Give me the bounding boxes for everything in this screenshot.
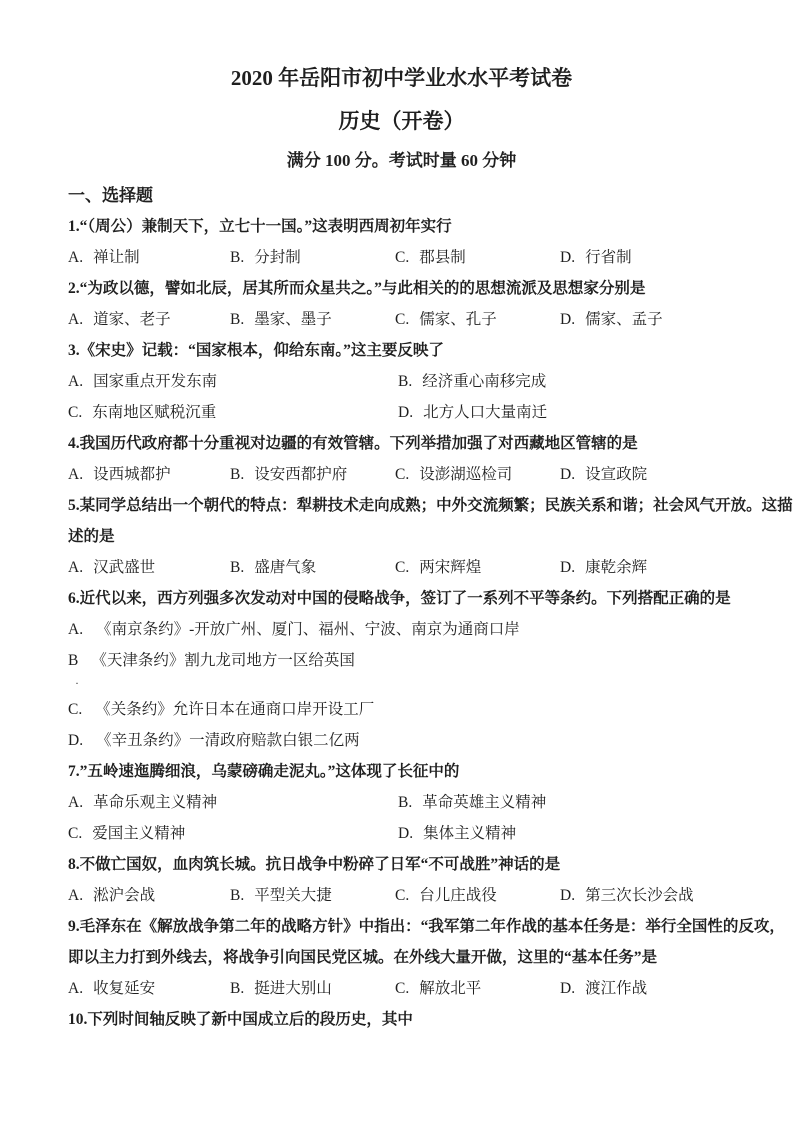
option-text: 集体主义精神 [423, 818, 516, 849]
question-5-option-D: D.康乾余辉 [560, 552, 735, 583]
option-text: 道家、老子 [93, 304, 171, 335]
option-text: 挺进大别山 [254, 973, 332, 1004]
option-text: 《关条约》允许日本在通商口岸开设工厂 [95, 694, 374, 725]
question-2-option-C: C.儒家、孔子 [395, 304, 560, 335]
option-label: B. [230, 880, 244, 911]
option-text: 解放北平 [419, 973, 481, 1004]
question-8-stem-line-1: 8.不做亡国奴，血肉筑长城。抗日战争中粉碎了日军“不可战胜”神话的是 [68, 849, 735, 880]
option-text: 行省制 [585, 242, 632, 273]
question-6: 6.近代以来，西方列强多次发动对中国的侵略战争，签订了一系列不平等条约。下列搭配… [68, 583, 735, 756]
option-label: D. [560, 304, 575, 335]
option-label: B. [230, 552, 244, 583]
question-4-stem-line-1: 4.我国历代政府都十分重视对边疆的有效管辖。下列举措加强了对西藏地区管辖的是 [68, 428, 735, 459]
question-7-option-B: B.革命英雄主义精神 [398, 787, 735, 818]
stray-mark: · [68, 676, 735, 694]
question-5-option-C: C.两宋辉煌 [395, 552, 560, 583]
page-subtitle: 历史（开卷） [68, 106, 735, 136]
option-text: 两宋辉煌 [419, 552, 481, 583]
option-label: D. [560, 880, 575, 911]
option-text: 盛唐气象 [254, 552, 316, 583]
question-1-stem-line-1: 1.“（周公）兼制天下，立七十一国。”这表明西周初年实行 [68, 211, 735, 242]
question-8-options: A.淞沪会战B.平型关大捷C.台儿庄战役D.第三次长沙会战 [68, 880, 735, 911]
option-label: A. [68, 459, 83, 490]
exam-info: 满分 100 分。考试时量 60 分钟 [68, 148, 735, 174]
option-label: C. [395, 552, 409, 583]
option-text: 爱国主义精神 [92, 818, 185, 849]
option-label: C. [395, 304, 409, 335]
question-2-option-B: B.墨家、墨子 [230, 304, 395, 335]
option-label: A. [68, 614, 83, 645]
option-text: 收复延安 [93, 973, 155, 1004]
option-label: A. [68, 304, 83, 335]
option-label: D. [68, 725, 83, 756]
question-7-option-D: D.集体主义精神 [398, 818, 735, 849]
option-text: 《南京条约》-开放广州、厦门、福州、宁波、南京为通商口岸 [96, 614, 520, 645]
question-1-option-A: A.禅让制 [68, 242, 230, 273]
question-1-option-C: C.郡县制 [395, 242, 560, 273]
question-4-option-C: C.设澎湖巡检司 [395, 459, 560, 490]
option-label: A. [68, 973, 83, 1004]
question-5: 5.某同学总结出一个朝代的特点：犁耕技术走向成熟；中外交流频繁；民族关系和谐；社… [68, 490, 735, 583]
option-label: B [68, 645, 78, 676]
option-text: 设澎湖巡检司 [419, 459, 512, 490]
option-text: 革命乐观主义精神 [93, 787, 217, 818]
exam-document-page: 2020 年岳阳市初中学业水水平考试卷 历史（开卷） 满分 100 分。考试时量… [0, 0, 793, 1122]
question-9-stem-line-2: 即以主力打到外线去，将战争引向国民党区城。在外线大量开做，这里的“基本任务”是 [68, 942, 735, 973]
option-text: 《天津条约》割九龙司地方一区给英国 [91, 645, 355, 676]
option-text: 渡江作战 [585, 973, 647, 1004]
question-9-stem-line-1: 9.毛泽东在《解放战争第二年的战略方针》中指出：“我军第二年作战的基本任务是：举… [68, 911, 735, 942]
option-label: B. [230, 973, 244, 1004]
question-7-options: A.革命乐观主义精神B.革命英雄主义精神C.爱国主义精神D.集体主义精神 [68, 787, 735, 849]
option-text: 汉武盛世 [93, 552, 155, 583]
option-text: 淞沪会战 [93, 880, 155, 911]
question-4: 4.我国历代政府都十分重视对边疆的有效管辖。下列举措加强了对西藏地区管辖的是A.… [68, 428, 735, 490]
question-1-options: A.禅让制B.分封制C.郡县制D.行省制 [68, 242, 735, 273]
question-8: 8.不做亡国奴，血肉筑长城。抗日战争中粉碎了日军“不可战胜”神话的是A.淞沪会战… [68, 849, 735, 911]
option-label: B. [398, 787, 412, 818]
option-text: 平型关大捷 [254, 880, 332, 911]
option-label: C. [68, 818, 82, 849]
question-1: 1.“（周公）兼制天下，立七十一国。”这表明西周初年实行A.禅让制B.分封制C.… [68, 211, 735, 273]
question-3-option-C: C.东南地区赋税沉重 [68, 397, 398, 428]
question-6-option-B: B《天津条约》割九龙司地方一区给英国 [68, 645, 735, 676]
question-4-option-A: A.设西城都护 [68, 459, 230, 490]
question-9-option-B: B.挺进大别山 [230, 973, 395, 1004]
option-text: 台儿庄战役 [419, 880, 497, 911]
option-text: 设安西都护府 [254, 459, 347, 490]
question-10-stem-line-1: 10.下列时间轴反映了新中国成立后的段历史，其中 [68, 1004, 735, 1035]
question-2-option-D: D.儒家、孟子 [560, 304, 735, 335]
option-label: A. [68, 880, 83, 911]
option-label: D. [560, 459, 575, 490]
question-5-option-A: A.汉武盛世 [68, 552, 230, 583]
questions-list: 1.“（周公）兼制天下，立七十一国。”这表明西周初年实行A.禅让制B.分封制C.… [68, 211, 735, 1035]
question-7-option-C: C.爱国主义精神 [68, 818, 398, 849]
question-9-option-A: A.收复延安 [68, 973, 230, 1004]
option-label: C. [68, 694, 82, 725]
question-4-option-D: D.设宣政院 [560, 459, 735, 490]
section-heading: 一、选择题 [68, 183, 735, 209]
option-label: D. [398, 818, 413, 849]
question-1-option-D: D.行省制 [560, 242, 735, 273]
option-text: 革命英雄主义精神 [422, 787, 546, 818]
option-label: D. [560, 973, 575, 1004]
question-2: 2.“为政以德，譬如北辰，居其所而众星共之。”与此相关的的思想流派及思想家分别是… [68, 273, 735, 335]
question-6-options: A.《南京条约》-开放广州、厦门、福州、宁波、南京为通商口岸B《天津条约》割九龙… [68, 614, 735, 756]
question-1-option-B: B.分封制 [230, 242, 395, 273]
option-label: C. [395, 459, 409, 490]
question-7: 7.”五岭速迤腾细浪，乌蒙磅确走泥丸。”这体现了长征中的A.革命乐观主义精神B.… [68, 756, 735, 849]
option-text: 儒家、孟子 [585, 304, 663, 335]
question-3-stem-line-1: 3.《宋史》记载：“国家根本，仰给东南。”这主要反映了 [68, 335, 735, 366]
option-label: B. [230, 459, 244, 490]
question-3: 3.《宋史》记载：“国家根本，仰给东南。”这主要反映了A.国家重点开发东南B.经… [68, 335, 735, 428]
option-label: C. [395, 880, 409, 911]
question-6-option-D: D.《辛丑条约》一清政府赔款白银二亿两 [68, 725, 735, 756]
question-5-option-B: B.盛唐气象 [230, 552, 395, 583]
question-6-option-C: C.《关条约》允许日本在通商口岸开设工厂 [68, 694, 735, 725]
question-8-option-C: C.台儿庄战役 [395, 880, 560, 911]
option-text: 郡县制 [419, 242, 466, 273]
question-7-option-A: A.革命乐观主义精神 [68, 787, 398, 818]
option-label: D. [560, 242, 575, 273]
page-title: 2020 年岳阳市初中学业水水平考试卷 [68, 62, 735, 94]
question-10: 10.下列时间轴反映了新中国成立后的段历史，其中 [68, 1004, 735, 1035]
option-text: 设宣政院 [585, 459, 647, 490]
question-9: 9.毛泽东在《解放战争第二年的战略方针》中指出：“我军第二年作战的基本任务是：举… [68, 911, 735, 1004]
option-label: A. [68, 787, 83, 818]
option-label: D. [560, 552, 575, 583]
question-2-options: A.道家、老子B.墨家、墨子C.儒家、孔子D.儒家、孟子 [68, 304, 735, 335]
option-text: 《辛丑条约》一清政府赔款白银二亿两 [96, 725, 360, 756]
question-3-options: A.国家重点开发东南B.经济重心南移完成C.东南地区赋税沉重D.北方人口大量南迁 [68, 366, 735, 428]
question-4-option-B: B.设安西都护府 [230, 459, 395, 490]
question-8-option-A: A.淞沪会战 [68, 880, 230, 911]
question-5-options: A.汉武盛世B.盛唐气象C.两宋辉煌D.康乾余辉 [68, 552, 735, 583]
question-9-option-D: D.渡江作战 [560, 973, 735, 1004]
option-label: B. [230, 242, 244, 273]
option-text: 经济重心南移完成 [422, 366, 546, 397]
option-text: 国家重点开发东南 [93, 366, 217, 397]
option-text: 墨家、墨子 [254, 304, 332, 335]
question-3-option-B: B.经济重心南移完成 [398, 366, 735, 397]
option-label: B. [398, 366, 412, 397]
question-6-option-A: A.《南京条约》-开放广州、厦门、福州、宁波、南京为通商口岸 [68, 614, 735, 645]
option-text: 设西城都护 [93, 459, 171, 490]
option-text: 北方人口大量南迁 [423, 397, 547, 428]
question-9-option-C: C.解放北平 [395, 973, 560, 1004]
question-2-option-A: A.道家、老子 [68, 304, 230, 335]
question-8-option-B: B.平型关大捷 [230, 880, 395, 911]
question-2-stem-line-1: 2.“为政以德，譬如北辰，居其所而众星共之。”与此相关的的思想流派及思想家分别是 [68, 273, 735, 304]
option-text: 禅让制 [93, 242, 140, 273]
option-text: 儒家、孔子 [419, 304, 497, 335]
option-text: 康乾余辉 [585, 552, 647, 583]
question-5-stem-line-1: 5.某同学总结出一个朝代的特点：犁耕技术走向成熟；中外交流频繁；民族关系和谐；社… [68, 490, 735, 521]
option-label: D. [398, 397, 413, 428]
option-label: A. [68, 242, 83, 273]
question-5-stem-line-2: 述的是 [68, 521, 735, 552]
question-6-stem-line-1: 6.近代以来，西方列强多次发动对中国的侵略战争，签订了一系列不平等条约。下列搭配… [68, 583, 735, 614]
question-3-option-A: A.国家重点开发东南 [68, 366, 398, 397]
option-label: C. [395, 242, 409, 273]
question-3-option-D: D.北方人口大量南迁 [398, 397, 735, 428]
option-label: A. [68, 366, 83, 397]
option-text: 分封制 [254, 242, 301, 273]
option-label: C. [395, 973, 409, 1004]
question-7-stem-line-1: 7.”五岭速迤腾细浪，乌蒙磅确走泥丸。”这体现了长征中的 [68, 756, 735, 787]
question-8-option-D: D.第三次长沙会战 [560, 880, 735, 911]
question-4-options: A.设西城都护B.设安西都护府C.设澎湖巡检司D.设宣政院 [68, 459, 735, 490]
option-text: 第三次长沙会战 [585, 880, 694, 911]
question-9-options: A.收复延安B.挺进大别山C.解放北平D.渡江作战 [68, 973, 735, 1004]
option-label: A. [68, 552, 83, 583]
option-label: C. [68, 397, 82, 428]
option-text: 东南地区赋税沉重 [92, 397, 216, 428]
option-label: B. [230, 304, 244, 335]
